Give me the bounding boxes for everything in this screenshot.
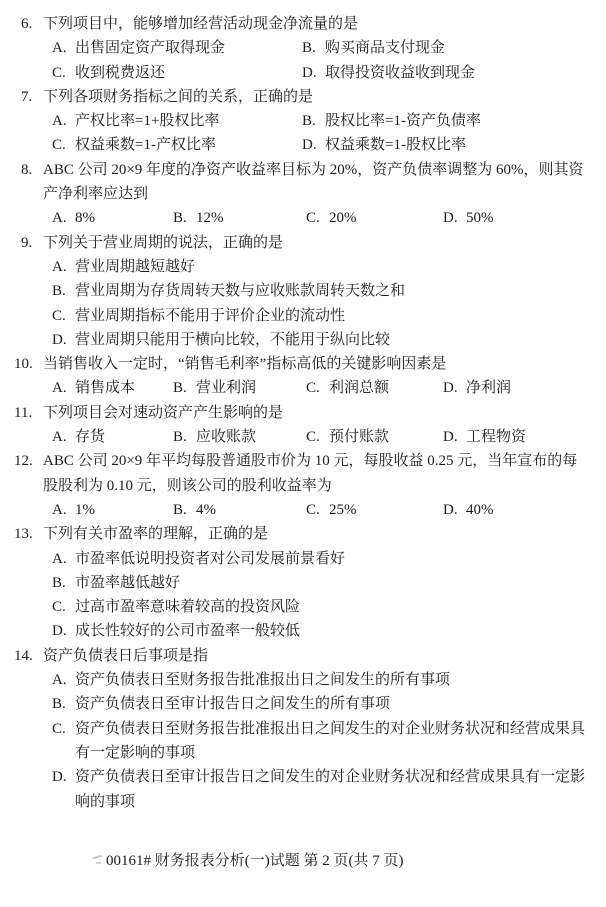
question: 9. 下列关于营业周期的说法，正确的是 A.营业周期越短越好 B.营业周期为存货… xyxy=(0,231,606,352)
option: C.预付账款 xyxy=(306,425,443,449)
option: B.12% xyxy=(173,206,306,230)
question: 10. 当销售收入一定时，“销售毛利率”指标高低的关键影响因素是 A.销售成本 … xyxy=(0,352,606,401)
option-label: C. xyxy=(52,595,75,619)
option-label: A. xyxy=(52,36,75,60)
question-stem: 资产负债表日后事项是指 xyxy=(43,644,606,668)
question-number: 6. xyxy=(21,12,43,36)
option-label: B. xyxy=(302,109,325,133)
option: A.产权比率=1+股权比率 xyxy=(52,109,302,133)
option-label: D. xyxy=(52,328,75,352)
options-row: B.资产负债表日至审计报告日之间发生的所有事项 xyxy=(52,692,606,716)
option: B.购买商品支付现金 xyxy=(302,36,445,60)
option: A.1% xyxy=(52,498,173,522)
option-label: C. xyxy=(306,425,329,449)
question-stem: 下列各项财务指标之间的关系，正确的是 xyxy=(43,85,606,109)
option-label: C. xyxy=(52,304,75,328)
options-row: B.营业周期为存货周转天数与应收账款周转天数之和 xyxy=(52,279,606,303)
page-footer: 00161# 财务报表分析(一)试题 第 2 页(共 7 页) xyxy=(106,849,403,873)
option-text: 应收账款 xyxy=(196,429,256,445)
options-row: A.资产负债表日至财务报告批准报出日之间发生的所有事项 xyxy=(52,668,606,692)
option-label: C. xyxy=(306,206,329,230)
question-stem-line: 14. 资产负债表日后事项是指 xyxy=(0,644,606,668)
options-row: A.销售成本 B.营业利润 C.利润总额 D.净利润 xyxy=(52,376,606,400)
question-stem: 当销售收入一定时，“销售毛利率”指标高低的关键影响因素是 xyxy=(43,352,606,376)
option-text: 取得投资收益收到现金 xyxy=(325,65,475,81)
option-text: 25% xyxy=(329,502,357,518)
option-text: 20% xyxy=(329,210,357,226)
option: A.8% xyxy=(52,206,173,230)
question-number: 7. xyxy=(21,85,43,109)
option-label: A. xyxy=(52,376,75,400)
option-text: 营业周期指标不能用于评价企业的流动性 xyxy=(75,308,345,324)
option-label: D. xyxy=(443,376,466,400)
option-label: A. xyxy=(52,109,75,133)
question: 8. ABC 公司 20×9 年度的净资产收益率目标为 20%，资产负债率调整为… xyxy=(0,158,606,231)
option: A.资产负债表日至财务报告批准报出日之间发生的所有事项 xyxy=(52,668,450,692)
option-text: 出售固定资产取得现金 xyxy=(75,40,225,56)
option: C.利润总额 xyxy=(306,376,443,400)
option-text-line: 响的事项 xyxy=(75,790,596,814)
option: D.40% xyxy=(443,498,494,522)
option-text-line: 资产负债表日至财务报告批准报出日之间发生的对企业财务状况和经营成果具 xyxy=(75,717,596,741)
question-stem-line: 6. 下列项目中，能够增加经营活动现金净流量的是 xyxy=(0,12,606,36)
option-text-multiline: 资产负债表日至财务报告批准报出日之间发生的对企业财务状况和经营成果具 有一定影响… xyxy=(75,717,596,766)
option-label: B. xyxy=(52,692,75,716)
question-number: 8. xyxy=(21,158,43,182)
option-text: 预付账款 xyxy=(329,429,389,445)
option: B.营业利润 xyxy=(173,376,306,400)
option: B.营业周期为存货周转天数与应收账款周转天数之和 xyxy=(52,279,405,303)
option-text: 收到税费返还 xyxy=(75,65,165,81)
question: 14. 资产负债表日后事项是指 A.资产负债表日至财务报告批准报出日之间发生的所… xyxy=(0,644,606,814)
option: C.营业周期指标不能用于评价企业的流动性 xyxy=(52,304,345,328)
question-number: 9. xyxy=(21,231,43,255)
options-row: A.出售固定资产取得现金 B.购买商品支付现金 xyxy=(52,36,606,60)
option: D.成长性较好的公司市盈率一般较低 xyxy=(52,619,300,643)
option-text-line: 资产负债表日至审计报告日之间发生的对企业财务状况和经营成果具有一定影 xyxy=(75,765,596,789)
question: 12. ABC 公司 20×9 年平均每股普通股市价为 10 元，每股收益 0.… xyxy=(0,449,606,522)
question-stem: 下列有关市盈率的理解，正确的是 xyxy=(43,522,606,546)
option-label: B. xyxy=(173,498,196,522)
option-text-line: 有一定影响的事项 xyxy=(75,741,596,765)
option-text: 资产负债表日至财务报告批准报出日之间发生的所有事项 xyxy=(75,672,450,688)
option: B.4% xyxy=(173,498,306,522)
option-text: 股权比率=1-资产负债率 xyxy=(325,113,481,129)
option-label: D. xyxy=(443,425,466,449)
options-row: A.营业周期越短越好 xyxy=(52,255,606,279)
option-label: B. xyxy=(173,425,196,449)
option-label: C. xyxy=(52,61,75,85)
option: A.市盈率低说明投资者对公司发展前景看好 xyxy=(52,547,345,571)
option: B.市盈率越低越好 xyxy=(52,571,180,595)
question-stem-continuation: 股股利为 0.10 元，则该公司的股利收益率为 xyxy=(43,474,606,498)
option-label: A. xyxy=(52,498,75,522)
option-text: 8% xyxy=(75,210,95,226)
option-text-multiline: 资产负债表日至审计报告日之间发生的对企业财务状况和经营成果具有一定影 响的事项 xyxy=(75,765,596,814)
option-label: B. xyxy=(52,279,75,303)
option-label: D. xyxy=(443,206,466,230)
option-text: 市盈率越低越好 xyxy=(75,575,180,591)
option-label: B. xyxy=(302,36,325,60)
option-text: 4% xyxy=(196,502,216,518)
option: D.权益乘数=1-股权比率 xyxy=(302,133,466,157)
option-label: A. xyxy=(52,425,75,449)
question-stem: 下列关于营业周期的说法，正确的是 xyxy=(43,231,606,255)
question-number: 11. xyxy=(14,401,43,425)
option-label: D. xyxy=(302,61,325,85)
option: C. 资产负债表日至财务报告批准报出日之间发生的对企业财务状况和经营成果具 有一… xyxy=(52,717,606,766)
option: A.营业周期越短越好 xyxy=(52,255,195,279)
option-label: D. xyxy=(52,765,75,814)
option: B.股权比率=1-资产负债率 xyxy=(302,109,481,133)
question-stem-line: 12. ABC 公司 20×9 年平均每股普通股市价为 10 元，每股收益 0.… xyxy=(0,449,606,473)
option-text: 市盈率低说明投资者对公司发展前景看好 xyxy=(75,551,345,567)
option: C.25% xyxy=(306,498,443,522)
question: 13. 下列有关市盈率的理解，正确的是 A.市盈率低说明投资者对公司发展前景看好… xyxy=(0,522,606,643)
option-label: D. xyxy=(52,619,75,643)
questions-area: 6. 下列项目中，能够增加经营活动现金净流量的是 A.出售固定资产取得现金 B.… xyxy=(0,12,606,814)
option-text: 营业利润 xyxy=(196,380,256,396)
option-text: 营业周期越短越好 xyxy=(75,259,195,275)
question-number: 13. xyxy=(14,522,43,546)
options-row: B.市盈率越低越好 xyxy=(52,571,606,595)
option: C.20% xyxy=(306,206,443,230)
option-label: B. xyxy=(173,206,196,230)
question-number: 14. xyxy=(14,644,43,668)
options-row: C.过高市盈率意味着较高的投资风险 xyxy=(52,595,606,619)
question-stem-line: 11. 下列项目会对速动资产产生影响的是 xyxy=(0,401,606,425)
options-row: A.存货 B.应收账款 C.预付账款 D.工程物资 xyxy=(52,425,606,449)
options-row: D.营业周期只能用于横向比较，不能用于纵向比较 xyxy=(52,328,606,352)
option-text: 存货 xyxy=(75,429,105,445)
question: 11. 下列项目会对速动资产产生影响的是 A.存货 B.应收账款 C.预付账款 … xyxy=(0,401,606,450)
question-number: 10. xyxy=(14,352,43,376)
question-stem: 下列项目会对速动资产产生影响的是 xyxy=(43,401,606,425)
question-stem-continuation: 产净利率应达到 xyxy=(43,182,606,206)
option-text: 工程物资 xyxy=(466,429,526,445)
option-label: C. xyxy=(306,498,329,522)
option-label: D. xyxy=(302,133,325,157)
option-text: 12% xyxy=(196,210,224,226)
option: D.营业周期只能用于横向比较，不能用于纵向比较 xyxy=(52,328,390,352)
scan-smudge-mark xyxy=(96,862,101,864)
option: D.工程物资 xyxy=(443,425,526,449)
question-stem-line: 10. 当销售收入一定时，“销售毛利率”指标高低的关键影响因素是 xyxy=(0,352,606,376)
option: D.50% xyxy=(443,206,494,230)
question-stem-line: 8. ABC 公司 20×9 年度的净资产收益率目标为 20%，资产负债率调整为… xyxy=(0,158,606,182)
option-text: 成长性较好的公司市盈率一般较低 xyxy=(75,623,300,639)
question-stem-line: 13. 下列有关市盈率的理解，正确的是 xyxy=(0,522,606,546)
question-stem: 下列项目中，能够增加经营活动现金净流量的是 xyxy=(43,12,606,36)
option-text: 营业周期为存货周转天数与应收账款周转天数之和 xyxy=(75,283,405,299)
option-text: 销售成本 xyxy=(75,380,135,396)
option: D.取得投资收益收到现金 xyxy=(302,61,475,85)
question: 7. 下列各项财务指标之间的关系，正确的是 A.产权比率=1+股权比率 B.股权… xyxy=(0,85,606,158)
option-label: A. xyxy=(52,206,75,230)
option-label: C. xyxy=(306,376,329,400)
option: B.资产负债表日至审计报告日之间发生的所有事项 xyxy=(52,692,390,716)
options-row: C.营业周期指标不能用于评价企业的流动性 xyxy=(52,304,606,328)
option-text: 资产负债表日至审计报告日之间发生的所有事项 xyxy=(75,696,390,712)
option-label: C. xyxy=(52,133,75,157)
option-text: 利润总额 xyxy=(329,380,389,396)
option-label: A. xyxy=(52,668,75,692)
option: A.存货 xyxy=(52,425,173,449)
option: C.权益乘数=1-产权比率 xyxy=(52,133,302,157)
option-label: C. xyxy=(52,717,75,766)
question-stem-line: 7. 下列各项财务指标之间的关系，正确的是 xyxy=(0,85,606,109)
option: A.销售成本 xyxy=(52,376,173,400)
question: 6. 下列项目中，能够增加经营活动现金净流量的是 A.出售固定资产取得现金 B.… xyxy=(0,12,606,85)
option: D.净利润 xyxy=(443,376,511,400)
option-text: 权益乘数=1-产权比率 xyxy=(75,137,216,153)
option-text: 权益乘数=1-股权比率 xyxy=(325,137,466,153)
option-text: 50% xyxy=(466,210,494,226)
option: D. 资产负债表日至审计报告日之间发生的对企业财务状况和经营成果具有一定影 响的… xyxy=(52,765,606,814)
option: A.出售固定资产取得现金 xyxy=(52,36,302,60)
question-stem: ABC 公司 20×9 年度的净资产收益率目标为 20%，资产负债率调整为 60… xyxy=(43,158,606,182)
options-row: C.收到税费返还 D.取得投资收益收到现金 xyxy=(52,61,606,85)
question-stem-line: 9. 下列关于营业周期的说法，正确的是 xyxy=(0,231,606,255)
option-text: 产权比率=1+股权比率 xyxy=(75,113,219,129)
options-row: A.1% B.4% C.25% D.40% xyxy=(52,498,606,522)
option-text: 1% xyxy=(75,502,95,518)
option-label: B. xyxy=(173,376,196,400)
option-label: B. xyxy=(52,571,75,595)
question-stem: ABC 公司 20×9 年平均每股普通股市价为 10 元，每股收益 0.25 元… xyxy=(43,449,606,473)
option-text: 净利润 xyxy=(466,380,511,396)
options-row: A.市盈率低说明投资者对公司发展前景看好 xyxy=(52,547,606,571)
option-text: 购买商品支付现金 xyxy=(325,40,445,56)
option-label: A. xyxy=(52,255,75,279)
option-text: 过高市盈率意味着较高的投资风险 xyxy=(75,599,300,615)
scan-smudge-mark xyxy=(93,855,102,861)
options-row: A.产权比率=1+股权比率 B.股权比率=1-资产负债率 xyxy=(52,109,606,133)
options-row: D.成长性较好的公司市盈率一般较低 xyxy=(52,619,606,643)
question-number: 12. xyxy=(14,449,43,473)
option: C.收到税费返还 xyxy=(52,61,302,85)
exam-paper-page: 6. 下列项目中，能够增加经营活动现金净流量的是 A.出售固定资产取得现金 B.… xyxy=(0,0,606,907)
option: B.应收账款 xyxy=(173,425,306,449)
options-row: C.权益乘数=1-产权比率 D.权益乘数=1-股权比率 xyxy=(52,133,606,157)
option: C.过高市盈率意味着较高的投资风险 xyxy=(52,595,300,619)
options-row: A.8% B.12% C.20% D.50% xyxy=(52,206,606,230)
option-label: D. xyxy=(443,498,466,522)
option-text: 40% xyxy=(466,502,494,518)
option-text: 营业周期只能用于横向比较，不能用于纵向比较 xyxy=(75,332,390,348)
option-label: A. xyxy=(52,547,75,571)
